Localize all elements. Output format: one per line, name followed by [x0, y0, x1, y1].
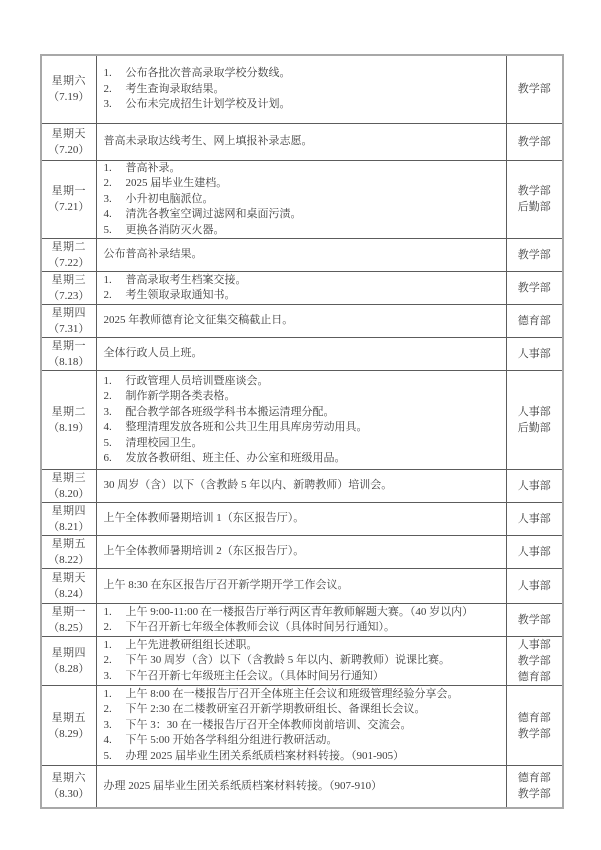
- item-text: 更换各消防灭火器。: [126, 223, 225, 239]
- day-cell: 星期一 （8.18）: [41, 338, 96, 371]
- item-text: 配合教学部各班级学科书本搬运清理分配。: [126, 405, 335, 421]
- table-row: 星期一 （7.21） 1.普高补录。2.2025 届毕业生建档。3.小升初电脑派…: [41, 160, 563, 239]
- dept-label: 教学部: [507, 726, 563, 742]
- item-text: 考生领取录取通知书。: [126, 288, 236, 304]
- dept-cell-inner: 人事部: [507, 511, 563, 527]
- item-list: 1.行政管理人员培训暨座谈会。2.制作新学期各类表格。3.配合教学部各班级学科书…: [97, 374, 506, 467]
- item-text: 公布未完成招生计划学校及计划。: [126, 97, 291, 113]
- item-text: 行政管理人员培训暨座谈会。: [126, 374, 269, 390]
- item-text: 下午召开新七年级全体教师会议（具体时间另行通知）。: [126, 620, 396, 636]
- dept-cell-inner: 教学部后勤部: [507, 183, 563, 215]
- item-list: 普高未录取达线考生、网上填报补录志愿。: [97, 134, 506, 150]
- dept-cell: 教学部: [506, 55, 563, 123]
- task-item: 3.公布未完成招生计划学校及计划。: [97, 97, 506, 113]
- dept-label: 后勤部: [507, 420, 563, 436]
- task-item: 4.清洗各教室空调过滤网和桌面污渍。: [97, 207, 506, 223]
- item-text: 发放各教研组、班主任、办公室和班级用品。: [126, 451, 346, 467]
- dept-cell: 人事部: [506, 503, 563, 536]
- content-cell: 1.普高录取考生档案交接。2.考生领取录取通知书。: [96, 272, 506, 305]
- item-list: 上午 8:30 在东区报告厅召开新学期开学工作会议。: [97, 578, 506, 594]
- day-cell: 星期天 （7.20）: [41, 123, 96, 160]
- item-text: 上午先进教研组组长述职。: [126, 638, 258, 654]
- item-text: 普高未录取达线考生、网上填报补录志愿。: [104, 134, 313, 150]
- task-item: 5.更换各消防灭火器。: [97, 223, 506, 239]
- item-text: 普高补录。: [126, 161, 181, 177]
- date-label: （8.25）: [42, 620, 96, 636]
- item-number: 2.: [104, 702, 126, 718]
- content-cell: 上午全体教师暑期培训 1（东区报告厅）。: [96, 503, 506, 536]
- item-number: 1.: [104, 687, 126, 703]
- date-label: （7.22）: [42, 255, 96, 271]
- task-item: 6.发放各教研组、班主任、办公室和班级用品。: [97, 451, 506, 467]
- table-row: 星期天 （8.24） 上午 8:30 在东区报告厅召开新学期开学工作会议。 人事…: [41, 569, 563, 604]
- day-cell: 星期五 （8.29）: [41, 686, 96, 766]
- item-text: 上午 8:00 在一楼报告厅召开全体班主任会议和班级管理经验分享会。: [126, 687, 459, 703]
- day-label: 星期四: [42, 305, 96, 321]
- dept-label: 教学部: [507, 786, 563, 802]
- content-cell: 办理 2025 届毕业生团关系纸质档案材料转接。（907-910）: [96, 766, 506, 808]
- item-number: 1.: [104, 273, 126, 289]
- day-cell: 星期天 （8.24）: [41, 569, 96, 604]
- dept-cell-inner: 人事部教学部德育部: [507, 637, 563, 685]
- dept-label: 教学部: [507, 81, 563, 97]
- dept-cell: 教学部: [506, 123, 563, 160]
- dept-label: 人事部: [507, 404, 563, 420]
- day-cell: 星期四 （8.28）: [41, 637, 96, 686]
- dept-cell: 德育部教学部: [506, 686, 563, 766]
- item-text: 下午 2:30 在二楼教研室召开新学期教研组长、备课组长会议。: [126, 702, 426, 718]
- item-number: 5.: [104, 223, 126, 239]
- item-number: 6.: [104, 451, 126, 467]
- dept-cell: 德育部: [506, 305, 563, 338]
- date-label: （8.18）: [42, 354, 96, 370]
- task-item: 5.清理校园卫生。: [97, 436, 506, 452]
- item-text: 30 周岁（含）以下（含教龄 5 年以内、新聘教师）培训会。: [104, 478, 393, 494]
- item-number: 1.: [104, 66, 126, 82]
- item-text: 清理校园卫生。: [126, 436, 203, 452]
- dept-label: 人事部: [507, 544, 563, 560]
- dept-cell-inner: 教学部: [507, 247, 563, 263]
- item-list: 30 周岁（含）以下（含教龄 5 年以内、新聘教师）培训会。: [97, 478, 506, 494]
- dept-cell-inner: 人事部后勤部: [507, 404, 563, 436]
- item-list: 上午全体教师暑期培训 1（东区报告厅）。: [97, 511, 506, 527]
- dept-cell-inner: 德育部教学部: [507, 710, 563, 742]
- task-item: 1.行政管理人员培训暨座谈会。: [97, 374, 506, 390]
- dept-label: 人事部: [507, 511, 563, 527]
- dept-label: 人事部: [507, 478, 563, 494]
- task-item: 公布普高补录结果。: [97, 247, 506, 263]
- item-number: 4.: [104, 207, 126, 223]
- content-cell: 1.上午先进教研组组长述职。2.下午 30 周岁（含）以下（含教龄 5 年以内、…: [96, 637, 506, 686]
- item-number: 2.: [104, 82, 126, 98]
- item-text: 上午 9:00-11:00 在一楼报告厅举行两区青年教师解题大赛。（40 岁以内…: [126, 605, 474, 621]
- item-list: 1.普高录取考生档案交接。2.考生领取录取通知书。: [97, 273, 506, 304]
- date-label: （7.20）: [42, 142, 96, 158]
- content-cell: 上午 8:30 在东区报告厅召开新学期开学工作会议。: [96, 569, 506, 604]
- table-row: 星期三 （7.23） 1.普高录取考生档案交接。2.考生领取录取通知书。 教学部: [41, 272, 563, 305]
- dept-cell: 教学部: [506, 604, 563, 637]
- item-number: 1.: [104, 374, 126, 390]
- task-item: 2.下午 2:30 在二楼教研室召开新学期教研组长、备课组长会议。: [97, 702, 506, 718]
- day-label: 星期五: [42, 536, 96, 552]
- day-cell: 星期五 （8.22）: [41, 536, 96, 569]
- task-item: 2.下午召开新七年级全体教师会议（具体时间另行通知）。: [97, 620, 506, 636]
- schedule-table: 星期六 （7.19） 1.公布各批次普高录取学校分数线。2.考生查询录取结果。3…: [40, 54, 564, 809]
- dept-cell: 人事部: [506, 569, 563, 604]
- day-label: 星期二: [42, 239, 96, 255]
- item-number: 4.: [104, 733, 126, 749]
- dept-cell-inner: 德育部: [507, 313, 563, 329]
- item-text: 公布各批次普高录取学校分数线。: [126, 66, 291, 82]
- day-label: 星期六: [42, 73, 96, 89]
- day-cell: 星期一 （8.25）: [41, 604, 96, 637]
- table-row: 星期三 （8.20） 30 周岁（含）以下（含教龄 5 年以内、新聘教师）培训会…: [41, 470, 563, 503]
- task-item: 1.上午 8:00 在一楼报告厅召开全体班主任会议和班级管理经验分享会。: [97, 687, 506, 703]
- task-item: 30 周岁（含）以下（含教龄 5 年以内、新聘教师）培训会。: [97, 478, 506, 494]
- dept-label: 教学部: [507, 134, 563, 150]
- dept-cell: 人事部: [506, 338, 563, 371]
- dept-label: 教学部: [507, 612, 563, 628]
- dept-cell: 德育部教学部: [506, 766, 563, 808]
- date-label: （8.24）: [42, 586, 96, 602]
- content-cell: 普高未录取达线考生、网上填报补录志愿。: [96, 123, 506, 160]
- day-cell: 星期二 （7.22）: [41, 239, 96, 272]
- item-number: 2.: [104, 620, 126, 636]
- item-number: 5.: [104, 436, 126, 452]
- item-text: 小升初电脑派位。: [126, 192, 214, 208]
- task-item: 3.配合教学部各班级学科书本搬运清理分配。: [97, 405, 506, 421]
- item-text: 上午全体教师暑期培训 1（东区报告厅）。: [104, 511, 305, 527]
- table-row: 星期五 （8.22） 上午全体教师暑期培训 2（东区报告厅）。 人事部: [41, 536, 563, 569]
- item-list: 1.普高补录。2.2025 届毕业生建档。3.小升初电脑派位。4.清洗各教室空调…: [97, 161, 506, 239]
- item-text: 2025 年教师德育论文征集交稿截止日。: [104, 313, 294, 329]
- dept-cell-inner: 人事部: [507, 346, 563, 362]
- table-row: 星期四 （7.31） 2025 年教师德育论文征集交稿截止日。 德育部: [41, 305, 563, 338]
- day-label: 星期天: [42, 570, 96, 586]
- item-list: 全体行政人员上班。: [97, 346, 506, 362]
- dept-label: 教学部: [507, 183, 563, 199]
- content-cell: 1.上午 9:00-11:00 在一楼报告厅举行两区青年教师解题大赛。（40 岁…: [96, 604, 506, 637]
- day-label: 星期五: [42, 710, 96, 726]
- date-label: （7.19）: [42, 89, 96, 105]
- dept-cell-inner: 人事部: [507, 578, 563, 594]
- dept-label: 教学部: [507, 247, 563, 263]
- item-number: 3.: [104, 405, 126, 421]
- content-cell: 1.普高补录。2.2025 届毕业生建档。3.小升初电脑派位。4.清洗各教室空调…: [96, 160, 506, 239]
- day-cell: 星期一 （7.21）: [41, 160, 96, 239]
- dept-label: 德育部: [507, 770, 563, 786]
- content-cell: 1.行政管理人员培训暨座谈会。2.制作新学期各类表格。3.配合教学部各班级学科书…: [96, 371, 506, 470]
- item-text: 下午 3：30 在一楼报告厅召开全体教师岗前培训、交流会。: [126, 718, 412, 734]
- item-text: 清洗各教室空调过滤网和桌面污渍。: [126, 207, 302, 223]
- item-text: 制作新学期各类表格。: [126, 389, 236, 405]
- table-row: 星期六 （8.30） 办理 2025 届毕业生团关系纸质档案材料转接。（907-…: [41, 766, 563, 808]
- task-item: 3.下午 3：30 在一楼报告厅召开全体教师岗前培训、交流会。: [97, 718, 506, 734]
- dept-cell: 人事部后勤部: [506, 371, 563, 470]
- dept-label: 德育部: [507, 669, 563, 685]
- content-cell: 公布普高补录结果。: [96, 239, 506, 272]
- date-label: （8.29）: [42, 726, 96, 742]
- task-item: 上午全体教师暑期培训 1（东区报告厅）。: [97, 511, 506, 527]
- day-cell: 星期四 （8.21）: [41, 503, 96, 536]
- task-item: 1.普高录取考生档案交接。: [97, 273, 506, 289]
- dept-label: 人事部: [507, 578, 563, 594]
- task-item: 3.下午召开新七年级班主任会议。（具体时间另行通知）: [97, 669, 506, 685]
- table-row: 星期一 （8.25） 1.上午 9:00-11:00 在一楼报告厅举行两区青年教…: [41, 604, 563, 637]
- dept-cell-inner: 教学部: [507, 280, 563, 296]
- day-label: 星期一: [42, 604, 96, 620]
- dept-cell-inner: 人事部: [507, 478, 563, 494]
- table-row: 星期四 （8.28） 1.上午先进教研组组长述职。2.下午 30 周岁（含）以下…: [41, 637, 563, 686]
- dept-cell: 人事部: [506, 470, 563, 503]
- day-label: 星期天: [42, 126, 96, 142]
- dept-label: 教学部: [507, 280, 563, 296]
- task-item: 2.考生查询录取结果。: [97, 82, 506, 98]
- task-item: 上午全体教师暑期培训 2（东区报告厅）。: [97, 544, 506, 560]
- item-number: 1.: [104, 638, 126, 654]
- day-cell: 星期六 （8.30）: [41, 766, 96, 808]
- dept-label: 德育部: [507, 710, 563, 726]
- document-page: 星期六 （7.19） 1.公布各批次普高录取学校分数线。2.考生查询录取结果。3…: [0, 0, 601, 850]
- task-item: 1.公布各批次普高录取学校分数线。: [97, 66, 506, 82]
- day-label: 星期三: [42, 470, 96, 486]
- item-text: 整理清理发放各班和公共卫生用具库房劳动用具。: [126, 420, 368, 436]
- dept-label: 人事部: [507, 637, 563, 653]
- task-item: 2.考生领取录取通知书。: [97, 288, 506, 304]
- item-list: 1.上午 8:00 在一楼报告厅召开全体班主任会议和班级管理经验分享会。2.下午…: [97, 687, 506, 765]
- item-number: 5.: [104, 749, 126, 765]
- item-text: 上午全体教师暑期培训 2（东区报告厅）。: [104, 544, 305, 560]
- day-label: 星期四: [42, 503, 96, 519]
- content-cell: 上午全体教师暑期培训 2（东区报告厅）。: [96, 536, 506, 569]
- item-number: 4.: [104, 420, 126, 436]
- day-label: 星期三: [42, 272, 96, 288]
- dept-cell-inner: 德育部教学部: [507, 770, 563, 802]
- date-label: （8.20）: [42, 486, 96, 502]
- content-cell: 1.公布各批次普高录取学校分数线。2.考生查询录取结果。3.公布未完成招生计划学…: [96, 55, 506, 123]
- item-number: 1.: [104, 605, 126, 621]
- day-label: 星期四: [42, 645, 96, 661]
- date-label: （7.31）: [42, 321, 96, 337]
- dept-label: 后勤部: [507, 199, 563, 215]
- dept-label: 人事部: [507, 346, 563, 362]
- dept-cell: 教学部: [506, 272, 563, 305]
- item-list: 1.上午先进教研组组长述职。2.下午 30 周岁（含）以下（含教龄 5 年以内、…: [97, 638, 506, 685]
- task-item: 3.小升初电脑派位。: [97, 192, 506, 208]
- item-list: 2025 年教师德育论文征集交稿截止日。: [97, 313, 506, 329]
- date-label: （8.19）: [42, 420, 96, 436]
- day-label: 星期六: [42, 770, 96, 786]
- content-cell: 1.上午 8:00 在一楼报告厅召开全体班主任会议和班级管理经验分享会。2.下午…: [96, 686, 506, 766]
- day-label: 星期一: [42, 338, 96, 354]
- item-text: 全体行政人员上班。: [104, 346, 203, 362]
- dept-cell-inner: 人事部: [507, 544, 563, 560]
- item-list: 办理 2025 届毕业生团关系纸质档案材料转接。（907-910）: [97, 779, 506, 795]
- date-label: （7.23）: [42, 288, 96, 304]
- item-text: 普高录取考生档案交接。: [126, 273, 247, 289]
- day-label: 星期一: [42, 183, 96, 199]
- task-item: 2.下午 30 周岁（含）以下（含教龄 5 年以内、新聘教师）说课比赛。: [97, 653, 506, 669]
- item-number: 3.: [104, 97, 126, 113]
- item-number: 3.: [104, 718, 126, 734]
- schedule-table-body: 星期六 （7.19） 1.公布各批次普高录取学校分数线。2.考生查询录取结果。3…: [41, 55, 563, 808]
- content-cell: 30 周岁（含）以下（含教龄 5 年以内、新聘教师）培训会。: [96, 470, 506, 503]
- task-item: 5.办理 2025 届毕业生团关系纸质档案材料转接。（901-905）: [97, 749, 506, 765]
- item-number: 3.: [104, 669, 126, 685]
- task-item: 办理 2025 届毕业生团关系纸质档案材料转接。（907-910）: [97, 779, 506, 795]
- item-number: 1.: [104, 161, 126, 177]
- item-text: 上午 8:30 在东区报告厅召开新学期开学工作会议。: [104, 578, 349, 594]
- day-cell: 星期六 （7.19）: [41, 55, 96, 123]
- task-item: 全体行政人员上班。: [97, 346, 506, 362]
- dept-label: 教学部: [507, 653, 563, 669]
- table-row: 星期五 （8.29） 1.上午 8:00 在一楼报告厅召开全体班主任会议和班级管…: [41, 686, 563, 766]
- day-cell: 星期三 （7.23）: [41, 272, 96, 305]
- dept-cell-inner: 教学部: [507, 81, 563, 97]
- item-number: 2.: [104, 176, 126, 192]
- item-list: 1.公布各批次普高录取学校分数线。2.考生查询录取结果。3.公布未完成招生计划学…: [97, 66, 506, 113]
- date-label: （7.21）: [42, 199, 96, 215]
- item-list: 公布普高补录结果。: [97, 247, 506, 263]
- item-number: 2.: [104, 288, 126, 304]
- item-number: 2.: [104, 653, 126, 669]
- item-text: 2025 届毕业生建档。: [126, 176, 228, 192]
- day-cell: 星期三 （8.20）: [41, 470, 96, 503]
- item-list: 1.上午 9:00-11:00 在一楼报告厅举行两区青年教师解题大赛。（40 岁…: [97, 605, 506, 636]
- date-label: （8.30）: [42, 786, 96, 802]
- dept-label: 德育部: [507, 313, 563, 329]
- task-item: 1.普高补录。: [97, 161, 506, 177]
- task-item: 2025 年教师德育论文征集交稿截止日。: [97, 313, 506, 329]
- date-label: （8.21）: [42, 519, 96, 535]
- item-list: 上午全体教师暑期培训 2（东区报告厅）。: [97, 544, 506, 560]
- content-cell: 2025 年教师德育论文征集交稿截止日。: [96, 305, 506, 338]
- dept-cell: 人事部: [506, 536, 563, 569]
- item-text: 下午召开新七年级班主任会议。（具体时间另行通知）: [126, 669, 385, 685]
- dept-cell-inner: 教学部: [507, 612, 563, 628]
- table-row: 星期二 （8.19） 1.行政管理人员培训暨座谈会。2.制作新学期各类表格。3.…: [41, 371, 563, 470]
- task-item: 2.制作新学期各类表格。: [97, 389, 506, 405]
- table-row: 星期六 （7.19） 1.公布各批次普高录取学校分数线。2.考生查询录取结果。3…: [41, 55, 563, 123]
- item-text: 办理 2025 届毕业生团关系纸质档案材料转接。（901-905）: [126, 749, 405, 765]
- day-cell: 星期二 （8.19）: [41, 371, 96, 470]
- item-text: 下午 5:00 开始各学科组分组进行教研活动。: [126, 733, 338, 749]
- dept-cell: 人事部教学部德育部: [506, 637, 563, 686]
- day-cell: 星期四 （7.31）: [41, 305, 96, 338]
- date-label: （8.22）: [42, 552, 96, 568]
- task-item: 上午 8:30 在东区报告厅召开新学期开学工作会议。: [97, 578, 506, 594]
- dept-cell: 教学部后勤部: [506, 160, 563, 239]
- dept-cell: 教学部: [506, 239, 563, 272]
- task-item: 4.下午 5:00 开始各学科组分组进行教研活动。: [97, 733, 506, 749]
- item-text: 下午 30 周岁（含）以下（含教龄 5 年以内、新聘教师）说课比赛。: [126, 653, 451, 669]
- item-text: 考生查询录取结果。: [126, 82, 225, 98]
- item-number: 3.: [104, 192, 126, 208]
- content-cell: 全体行政人员上班。: [96, 338, 506, 371]
- task-item: 1.上午先进教研组组长述职。: [97, 638, 506, 654]
- day-label: 星期二: [42, 404, 96, 420]
- dept-cell-inner: 教学部: [507, 134, 563, 150]
- date-label: （8.28）: [42, 661, 96, 677]
- item-text: 办理 2025 届毕业生团关系纸质档案材料转接。（907-910）: [104, 779, 383, 795]
- table-row: 星期二 （7.22） 公布普高补录结果。 教学部: [41, 239, 563, 272]
- task-item: 普高未录取达线考生、网上填报补录志愿。: [97, 134, 506, 150]
- task-item: 1.上午 9:00-11:00 在一楼报告厅举行两区青年教师解题大赛。（40 岁…: [97, 605, 506, 621]
- item-number: 2.: [104, 389, 126, 405]
- table-row: 星期一 （8.18） 全体行政人员上班。 人事部: [41, 338, 563, 371]
- table-row: 星期四 （8.21） 上午全体教师暑期培训 1（东区报告厅）。 人事部: [41, 503, 563, 536]
- table-row: 星期天 （7.20） 普高未录取达线考生、网上填报补录志愿。 教学部: [41, 123, 563, 160]
- task-item: 4.整理清理发放各班和公共卫生用具库房劳动用具。: [97, 420, 506, 436]
- task-item: 2.2025 届毕业生建档。: [97, 176, 506, 192]
- item-text: 公布普高补录结果。: [104, 247, 203, 263]
